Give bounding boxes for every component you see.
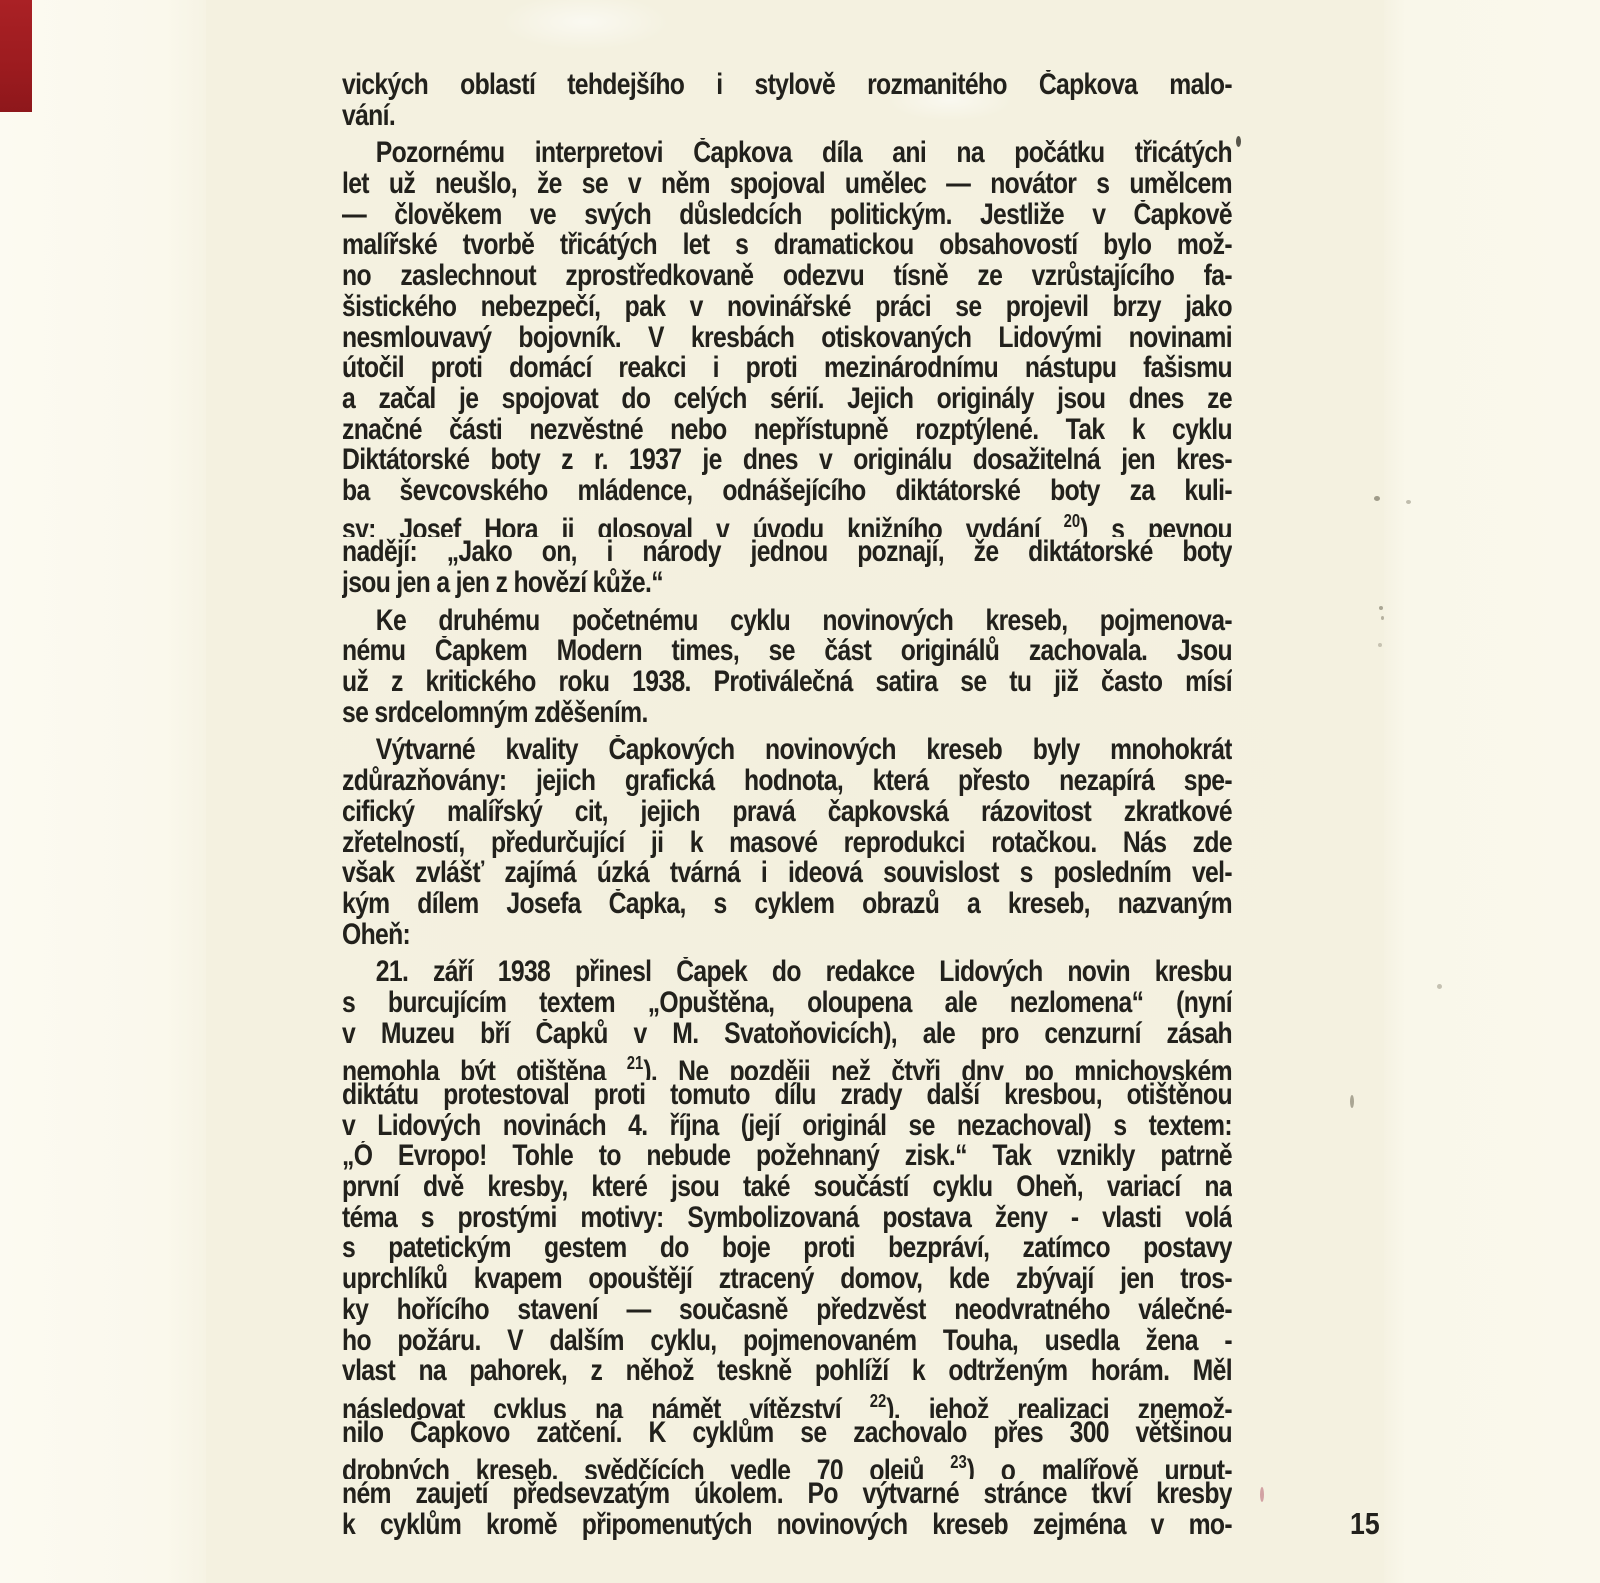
- text-line: v Lidových novinách 4. října (její origi…: [342, 1111, 1232, 1142]
- scan-speck: [1236, 136, 1241, 147]
- book-page-scan: vických oblastí tehdejšího i stylově roz…: [0, 0, 1600, 1583]
- text-line: 21. září 1938 přinesl Čapek do redakce L…: [342, 957, 1232, 988]
- text-line: a začal je spojovat do celých sérií. Jej…: [342, 384, 1232, 415]
- text-line: nilo Čapkovo zatčení. K cyklům se zachov…: [342, 1418, 1232, 1449]
- scan-speck: [1379, 606, 1383, 610]
- text-line: Diktátorské boty z r. 1937 je dnes v ori…: [342, 445, 1232, 476]
- scan-speck: [1260, 1487, 1264, 1502]
- text-line: no zaslechnout zprostředkovaně odezvu tí…: [342, 261, 1232, 292]
- text-line: téma s prostými motivy: Symbolizovaná po…: [342, 1203, 1232, 1234]
- text-line: cifický malířský cit, jejich pravá čapko…: [342, 797, 1232, 828]
- page-number: 15: [1350, 1508, 1380, 1540]
- scan-speck: [1406, 500, 1411, 504]
- text-line: Pozornému interpretovi Čapkova díla ani …: [342, 138, 1232, 169]
- paragraph: 21. září 1938 přinesl Čapek do redakce L…: [342, 957, 1232, 1540]
- text-line: zřetelností, předurčující ji k masové re…: [342, 828, 1232, 859]
- scan-speck: [1374, 496, 1380, 501]
- body-text: vických oblastí tehdejšího i stylově roz…: [342, 70, 1232, 1540]
- page-edge-right: [1384, 0, 1600, 1583]
- text-line: nému Čapkem Modern times, se část origin…: [342, 636, 1232, 667]
- text-line: kým dílem Josefa Čapka, s cyklem obrazů …: [342, 889, 1232, 920]
- text-line: Oheň:: [342, 920, 1232, 951]
- scan-speck: [1381, 616, 1384, 620]
- text-line: vických oblastí tehdejšího i stylově roz…: [342, 70, 1232, 101]
- text-line: ho požáru. V dalším cyklu, pojmenovaném …: [342, 1326, 1232, 1357]
- text-line: ba ševcovského mládence, odnášejícího di…: [342, 476, 1232, 507]
- text-line: diktátu protestoval proti tomuto dílu zr…: [342, 1080, 1232, 1111]
- text-line: v Muzeu bří Čapků v M. Svatoňovicích), a…: [342, 1019, 1232, 1050]
- text-line: Výtvarné kvality Čapkových novinových kr…: [342, 735, 1232, 766]
- text-line: ném zaujetí předsevzatým úkolem. Po výtv…: [342, 1479, 1232, 1510]
- text-line: nemohla být otištěna 21). Ne později než…: [342, 1049, 1232, 1080]
- text-line: útočil proti domácí reakci i proti mezin…: [342, 353, 1232, 384]
- page-gutter-left: [0, 0, 206, 1583]
- text-line: „Ó Evropo! Tohle to nebude požehnaný zis…: [342, 1141, 1232, 1172]
- text-line: — člověkem ve svých důsledcích politický…: [342, 200, 1232, 231]
- paragraph: Ke druhému početnému cyklu novinových kr…: [342, 606, 1232, 729]
- text-line: zdůrazňovány: jejich grafická hodnota, k…: [342, 766, 1232, 797]
- text-line: vlast na pahorek, z něhož teskně pohlíží…: [342, 1356, 1232, 1387]
- text-line: vání.: [342, 101, 1232, 132]
- text-line: s burcujícím textem „Opuštěna, oloupena …: [342, 988, 1232, 1019]
- text-line: značné části nezvěstné nebo nepřístupně …: [342, 415, 1232, 446]
- red-ink-mark: [0, 0, 32, 112]
- text-line: malířské tvorbě třicátých let s dramatic…: [342, 230, 1232, 261]
- text-line: první dvě kresby, které jsou také součás…: [342, 1172, 1232, 1203]
- text-line: však zvlášť zajímá úzká tvárná i ideová …: [342, 858, 1232, 889]
- text-line: následovat cyklus na námět vítězství 22)…: [342, 1387, 1232, 1418]
- text-line: se srdcelomným zděšením.: [342, 698, 1232, 729]
- paragraph: vických oblastí tehdejšího i stylově roz…: [342, 70, 1232, 131]
- paragraph: Pozornému interpretovi Čapkova díla ani …: [342, 138, 1232, 598]
- text-line: drobných kreseb, svědčících vedle 70 ole…: [342, 1448, 1232, 1479]
- text-line: nadějí: „Jako on, i národy jednou poznaj…: [342, 537, 1232, 568]
- text-line: uprchlíků kvapem opouštějí ztracený domo…: [342, 1264, 1232, 1295]
- text-line: sy; Josef Hora ji glosoval v úvodu knižn…: [342, 507, 1232, 538]
- text-line: šistického nebezpečí, pak v novinářské p…: [342, 292, 1232, 323]
- scan-speck: [1350, 1095, 1354, 1108]
- text-line: s patetickým gestem do boje proti bezprá…: [342, 1233, 1232, 1264]
- text-line: nesmlouvavý bojovník. V kresbách otiskov…: [342, 323, 1232, 354]
- text-line: ky hořícího stavení — současně předzvěst…: [342, 1295, 1232, 1326]
- paragraph: Výtvarné kvality Čapkových novinových kr…: [342, 735, 1232, 950]
- scan-speck: [1378, 643, 1382, 647]
- text-line: jsou jen a jen z hovězí kůže.“: [342, 568, 1232, 599]
- scan-speck: [1437, 984, 1442, 989]
- text-line: k cyklům kromě připomenutých novinových …: [342, 1510, 1232, 1541]
- text-line: Ke druhému početnému cyklu novinových kr…: [342, 606, 1232, 637]
- text-line: let už neušlo, že se v něm spojoval uměl…: [342, 169, 1232, 200]
- text-line: už z kritického roku 1938. Protiválečná …: [342, 667, 1232, 698]
